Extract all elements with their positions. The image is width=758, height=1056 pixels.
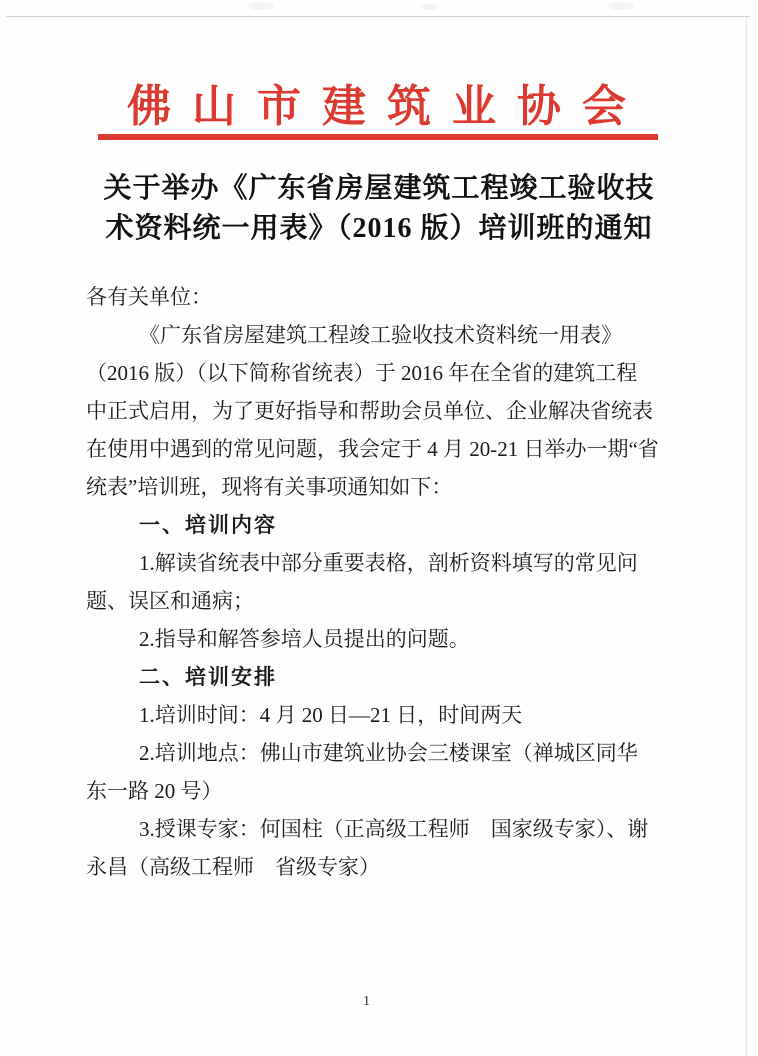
letterhead-rule (98, 134, 658, 140)
document-body: 各有关单位：《广东省房屋建筑工程竣工验收技术资料统一用表》（2016 版）（以下… (86, 278, 676, 886)
scan-smudge (248, 2, 274, 10)
body-line: 在使用中遇到的常见问题，我会定于 4 月 20-21 日举办一期“省 (86, 430, 676, 468)
letterhead-org-name: 佛 山 市 建 筑 业 协 会 (0, 82, 758, 133)
body-line: 1.培训时间：4 月 20 日—21 日，时间两天 (86, 696, 676, 734)
body-line: 1.解读省统表中部分重要表格，剖析资料填写的常见问 (86, 544, 676, 582)
body-line: 二、培训安排 (86, 658, 676, 696)
document-page: 佛 山 市 建 筑 业 协 会 关于举办《广东省房屋建筑工程竣工验收技 术资料统… (0, 0, 758, 1056)
scan-top-edge-line (6, 16, 750, 17)
body-line: 东一路 20 号） (86, 772, 676, 810)
body-line: 一、培训内容 (86, 506, 676, 544)
body-line: 永昌（高级工程师 省级专家） (86, 848, 676, 886)
body-line: 统表”培训班，现将有关事项通知如下： (86, 468, 676, 506)
scan-smudge (420, 4, 438, 10)
body-line: 2.指导和解答参培人员提出的问题。 (86, 620, 676, 658)
scan-smudge (608, 2, 634, 10)
body-line: 3.授课专家：何国柱（正高级工程师 国家级专家）、谢 (86, 810, 676, 848)
body-line: 各有关单位： (86, 278, 676, 316)
document-title-line2: 术资料统一用表》（2016 版）培训班的通知 (105, 213, 652, 244)
document-title-line1: 关于举办《广东省房屋建筑工程竣工验收技 (103, 173, 654, 204)
body-line: 《广东省房屋建筑工程竣工验收技术资料统一用表》 (86, 316, 676, 354)
body-line: （2016 版）（以下简称省统表）于 2016 年在全省的建筑工程 (86, 354, 676, 392)
body-line: 中正式启用，为了更好指导和帮助会员单位、企业解决省统表 (86, 392, 676, 430)
body-line: 2.培训地点：佛山市建筑业协会三楼课室（禅城区同华 (86, 734, 676, 772)
body-line: 题、误区和通病； (86, 582, 676, 620)
page-number: 1 (0, 994, 733, 1010)
document-title: 关于举办《广东省房屋建筑工程竣工验收技 术资料统一用表》（2016 版）培训班的… (0, 169, 758, 249)
